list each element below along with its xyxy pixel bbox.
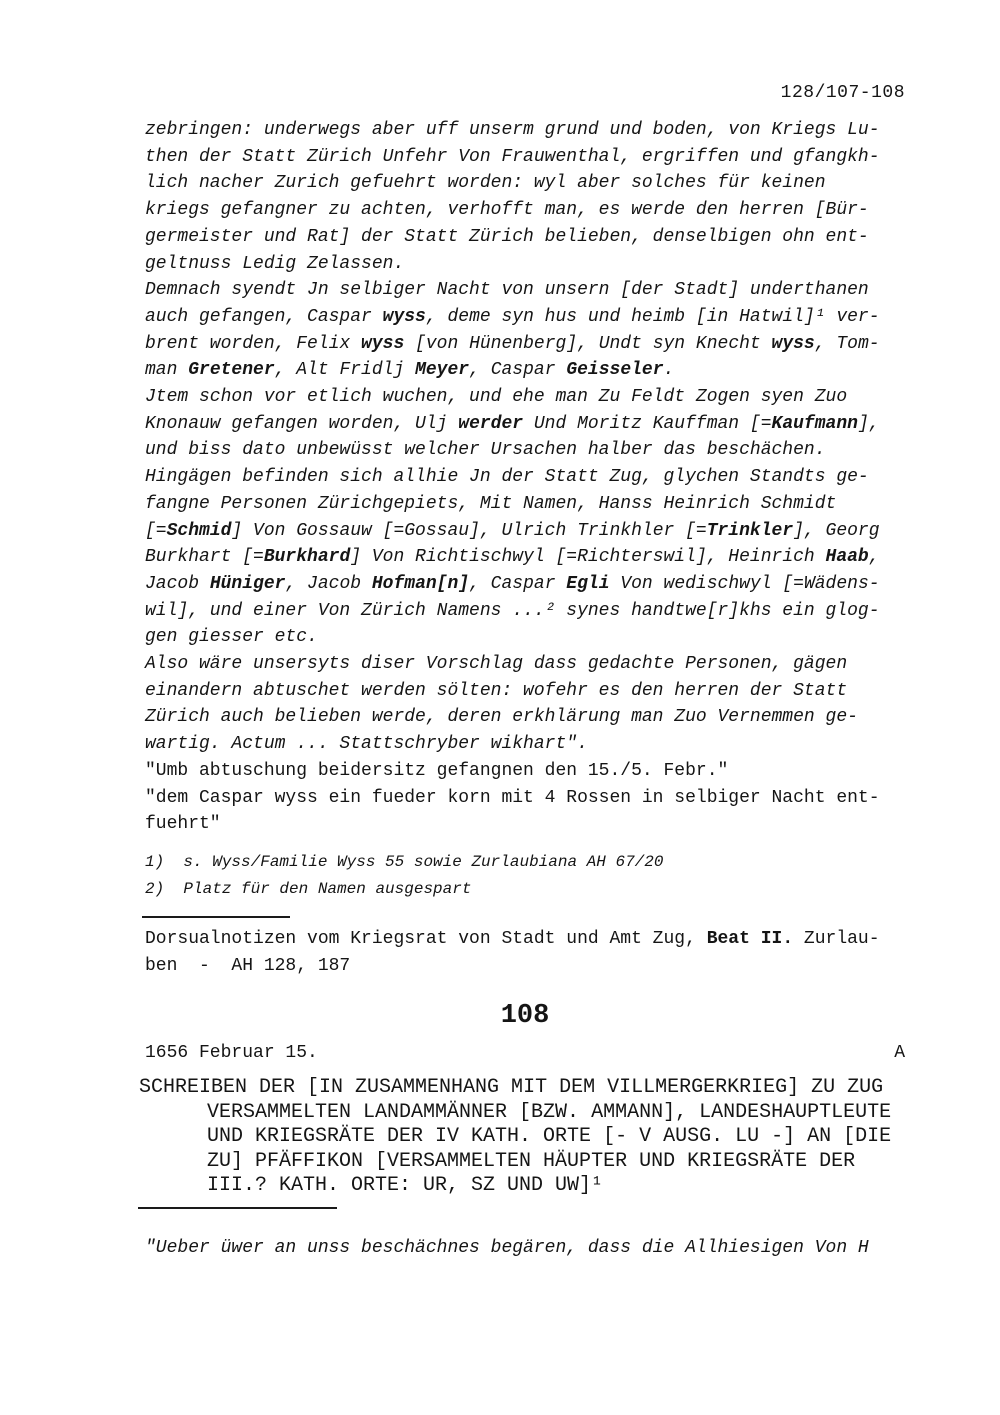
text-line: Knonauw gefangen worden, Ulj werder Und … xyxy=(145,411,935,438)
text-line: ben - AH 128, 187 xyxy=(145,953,935,980)
text-line: Dorsualnotizen vom Kriegsrat von Stadt u… xyxy=(145,926,935,953)
dorsual-note: Dorsualnotizen vom Kriegsrat von Stadt u… xyxy=(145,926,935,979)
text-line: einandern abtuschet werden sölten: wofeh… xyxy=(145,678,935,705)
text-line: fuehrt" xyxy=(145,811,935,838)
text-line: und biss dato unbewüsst welcher Ursachen… xyxy=(145,437,935,464)
entry-107-body-text: zebringen: underwegs aber uff unserm gru… xyxy=(145,117,935,758)
text-line: kriegs gefangner zu achten, verhofft man… xyxy=(145,197,935,224)
document-page: 128/107-108 zebringen: underwegs aber uf… xyxy=(0,0,1000,1415)
text-line: lich nacher Zurich gefuehrt worden: wyl … xyxy=(145,170,935,197)
text-line: Demnach syendt Jn selbiger Nacht von uns… xyxy=(145,277,935,304)
text-line: "Umb abtuschung beidersitz gefangnen den… xyxy=(145,758,935,785)
text-line: fangne Personen Zürichgepiets, Mit Namen… xyxy=(145,491,935,518)
text-line: brent worden, Felix wyss [von Hünenberg]… xyxy=(145,331,935,358)
entry-108-date: 1656 Februar 15. xyxy=(145,1043,318,1063)
text-line: Jtem schon vor etlich wuchen, und ehe ma… xyxy=(145,384,935,411)
entry-108-date-row: 1656 Februar 15. A xyxy=(145,1043,905,1063)
entry-108-opening-line: "Ueber üwer an unss beschächnes begären,… xyxy=(145,1238,945,1258)
text-line: III.? KATH. ORTE: UR, SZ UND UW]¹ xyxy=(139,1174,939,1199)
text-line: gen giesser etc. xyxy=(145,624,935,651)
text-line: VERSAMMELTEN LANDAMMÄNNER [BZW. AMMANN],… xyxy=(139,1101,939,1126)
footnote-divider-rule xyxy=(142,916,290,918)
text-line: Zürich auch belieben werde, deren erkhlä… xyxy=(145,704,935,731)
entry-107-footnotes: 1) s. Wyss/Familie Wyss 55 sowie Zurlaub… xyxy=(145,849,845,902)
text-line: [=Schmid] Von Gossauw [=Gossau], Ulrich … xyxy=(145,518,935,545)
text-line: SCHREIBEN DER [IN ZUSAMMENHANG MIT DEM V… xyxy=(139,1076,939,1101)
text-line: then der Statt Zürich Unfehr Von Frauwen… xyxy=(145,144,935,171)
text-line: 2) Platz für den Namen ausgespart xyxy=(145,876,845,903)
text-line: Burkhart [=Burkhard] Von Richtischwyl [=… xyxy=(145,544,935,571)
text-line: geltnuss Ledig Zelassen. xyxy=(145,251,935,278)
text-line: auch gefangen, Caspar wyss, deme syn hus… xyxy=(145,304,935,331)
text-line: germeister und Rat] der Statt Zürich bel… xyxy=(145,224,935,251)
entry-107-quoted-notes: "Umb abtuschung beidersitz gefangnen den… xyxy=(145,758,935,838)
entry-108-title: SCHREIBEN DER [IN ZUSAMMENHANG MIT DEM V… xyxy=(139,1076,939,1199)
text-line: Jacob Hüniger, Jacob Hofman[n], Caspar E… xyxy=(145,571,935,598)
text-line: Hingägen befinden sich allhie Jn der Sta… xyxy=(145,464,935,491)
text-line: ZU] PFÄFFIKON [VERSAMMELTEN HÄUPTER UND … xyxy=(139,1150,939,1175)
page-reference: 128/107-108 xyxy=(781,83,905,103)
text-line: Also wäre unsersyts diser Vorschlag dass… xyxy=(145,651,935,678)
text-line: zebringen: underwegs aber uff unserm gru… xyxy=(145,117,935,144)
text-line: wil], und einer Von Zürich Namens ...² s… xyxy=(145,598,935,625)
text-line: man Gretener, Alt Fridlj Meyer, Caspar G… xyxy=(145,357,935,384)
text-line: 1) s. Wyss/Familie Wyss 55 sowie Zurlaub… xyxy=(145,849,845,876)
text-line: UND KRIEGSRÄTE DER IV KATH. ORTE [- V AU… xyxy=(139,1125,939,1150)
entry-108-siglum: A xyxy=(894,1043,905,1063)
entry-108-number: 108 xyxy=(145,1000,905,1032)
title-divider-rule xyxy=(138,1207,337,1209)
text-line: "dem Caspar wyss ein fueder korn mit 4 R… xyxy=(145,785,935,812)
text-line: wartig. Actum ... Stattschryber wikhart"… xyxy=(145,731,935,758)
